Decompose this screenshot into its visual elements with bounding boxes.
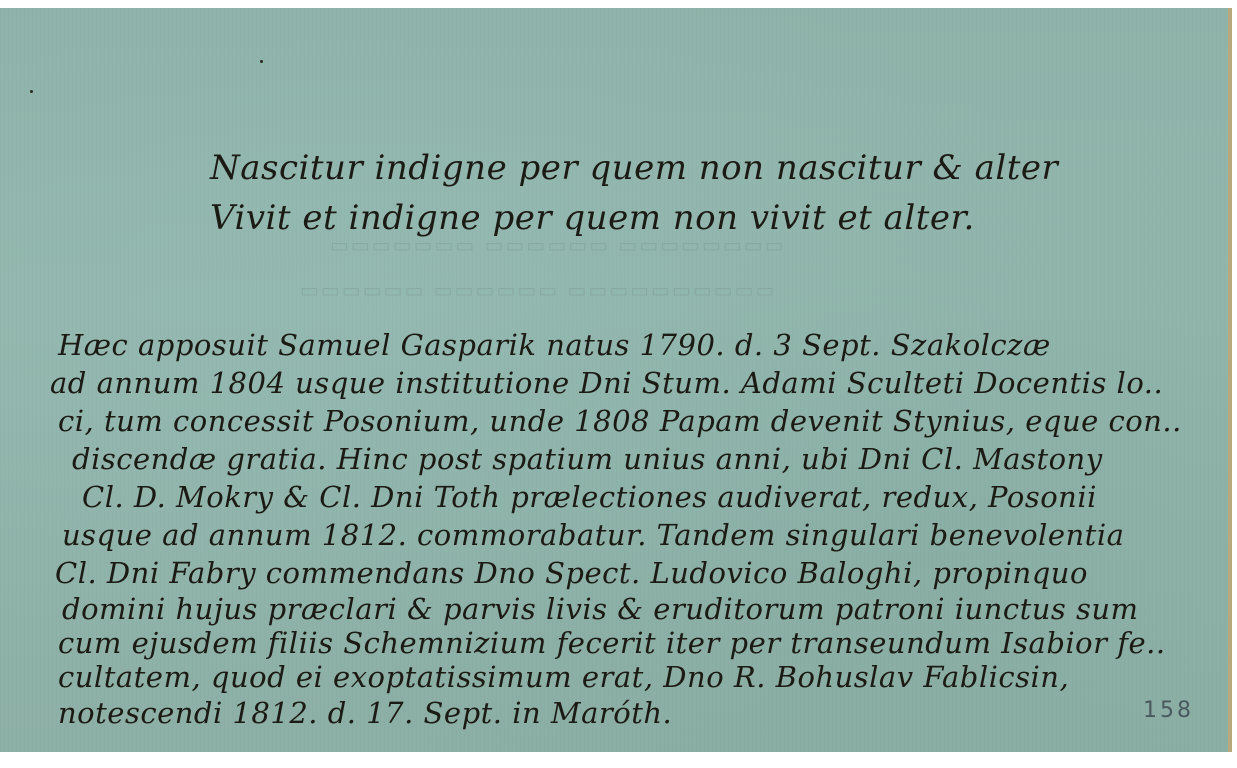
- body-line-10: cultatem, quod ei exoptatissimum erat, D…: [58, 660, 1069, 694]
- body-line-4: discendæ gratia. Hinc post spatium unius…: [72, 442, 1103, 476]
- body-line-2: ad annum 1804 usque institutione Dni Stu…: [50, 366, 1163, 400]
- body-line-3: ci, tum concessit Posonium, unde 1808 Pa…: [58, 404, 1182, 438]
- body-line-9: cum ejusdem filiis Schemnizium fecerit i…: [58, 626, 1166, 660]
- body-line-1: Hæc apposuit Samuel Gasparik natus 1790.…: [58, 328, 1051, 362]
- verse-line-2: Vivit et indigne per quem non vivit et a…: [210, 198, 975, 238]
- body-line-8: domini hujus præclari & parvis livis & e…: [62, 592, 1139, 626]
- manuscript-page: ▭▭▭▭▭▭▭ ▭▭▭▭▭▭ ▭▭▭▭▭▭▭▭ ▭▭▭▭▭▭ ▭▭▭▭▭▭ ▭▭…: [0, 8, 1232, 752]
- body-line-7: Cl. Dni Fabry commendans Dno Spect. Ludo…: [55, 556, 1088, 590]
- ink-speck: [30, 90, 33, 93]
- bleed-through-text: ▭▭▭▭▭▭ ▭▭▭▭▭▭ ▭▭▭▭▭▭▭▭▭▭: [300, 278, 776, 302]
- folio-number: 158: [1143, 698, 1194, 723]
- ink-speck: [260, 60, 263, 63]
- body-line-6: usque ad annum 1812. commorabatur. Tande…: [62, 518, 1124, 552]
- body-line-5: Cl. D. Mokry & Cl. Dni Toth prælectiones…: [82, 480, 1097, 514]
- verse-line-1: Nascitur indigne per quem non nascitur &…: [210, 148, 1058, 188]
- body-line-11: notescendi 1812. d. 17. Sept. in Maróth.: [58, 696, 672, 730]
